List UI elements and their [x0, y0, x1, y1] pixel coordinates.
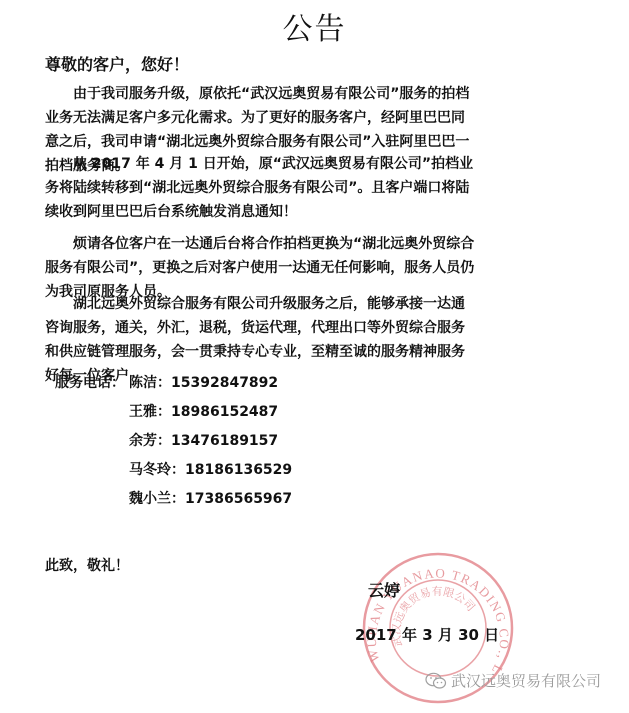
document-title: 公告 — [0, 4, 629, 48]
contact-entry: 陈洁：15392847892 — [129, 372, 278, 392]
contact-entry: 魏小兰：17386565967 — [129, 488, 292, 508]
contact-name: 陈洁： — [129, 375, 171, 391]
contact-entry: 余芳：13476189157 — [129, 430, 278, 450]
contact-entry: 王雅：18986152487 — [129, 401, 278, 421]
contact-name: 马冬玲： — [129, 462, 185, 478]
contact-phone: 17386565967 — [185, 491, 292, 507]
contact-phone: 18986152487 — [171, 404, 278, 420]
wechat-icon — [425, 672, 447, 690]
wechat-watermark: 武汉远奥贸易有限公司 — [425, 670, 601, 691]
paragraph-2: 从 2017 年 4 月 1 日开始，原“武汉远奥贸易有限公司”拍档业务将陆续转… — [45, 152, 475, 224]
closing-salutation: 此致，敬礼！ — [45, 555, 129, 575]
contact-phone: 15392847892 — [171, 375, 278, 391]
contact-entry: 马冬玲：18186136529 — [129, 459, 292, 479]
document-date: 2017 年 3 月 30 日 — [355, 624, 499, 645]
contact-phone: 18186136529 — [185, 462, 292, 478]
contact-phone: 13476189157 — [171, 433, 278, 449]
contacts-label: 服务电话： — [55, 372, 125, 392]
contact-name: 王雅： — [129, 404, 171, 420]
signer-name: 云婷 — [368, 578, 400, 601]
contact-name: 余芳： — [129, 433, 171, 449]
greeting: 尊敬的客户，您好！ — [45, 52, 189, 75]
contact-name: 魏小兰： — [129, 491, 185, 507]
svg-text:WUHAN YUANAO TRADING CO., LTD.: WUHAN YUANAO TRADING CO., LTD. — [362, 552, 512, 677]
watermark-text: 武汉远奥贸易有限公司 — [451, 670, 601, 691]
